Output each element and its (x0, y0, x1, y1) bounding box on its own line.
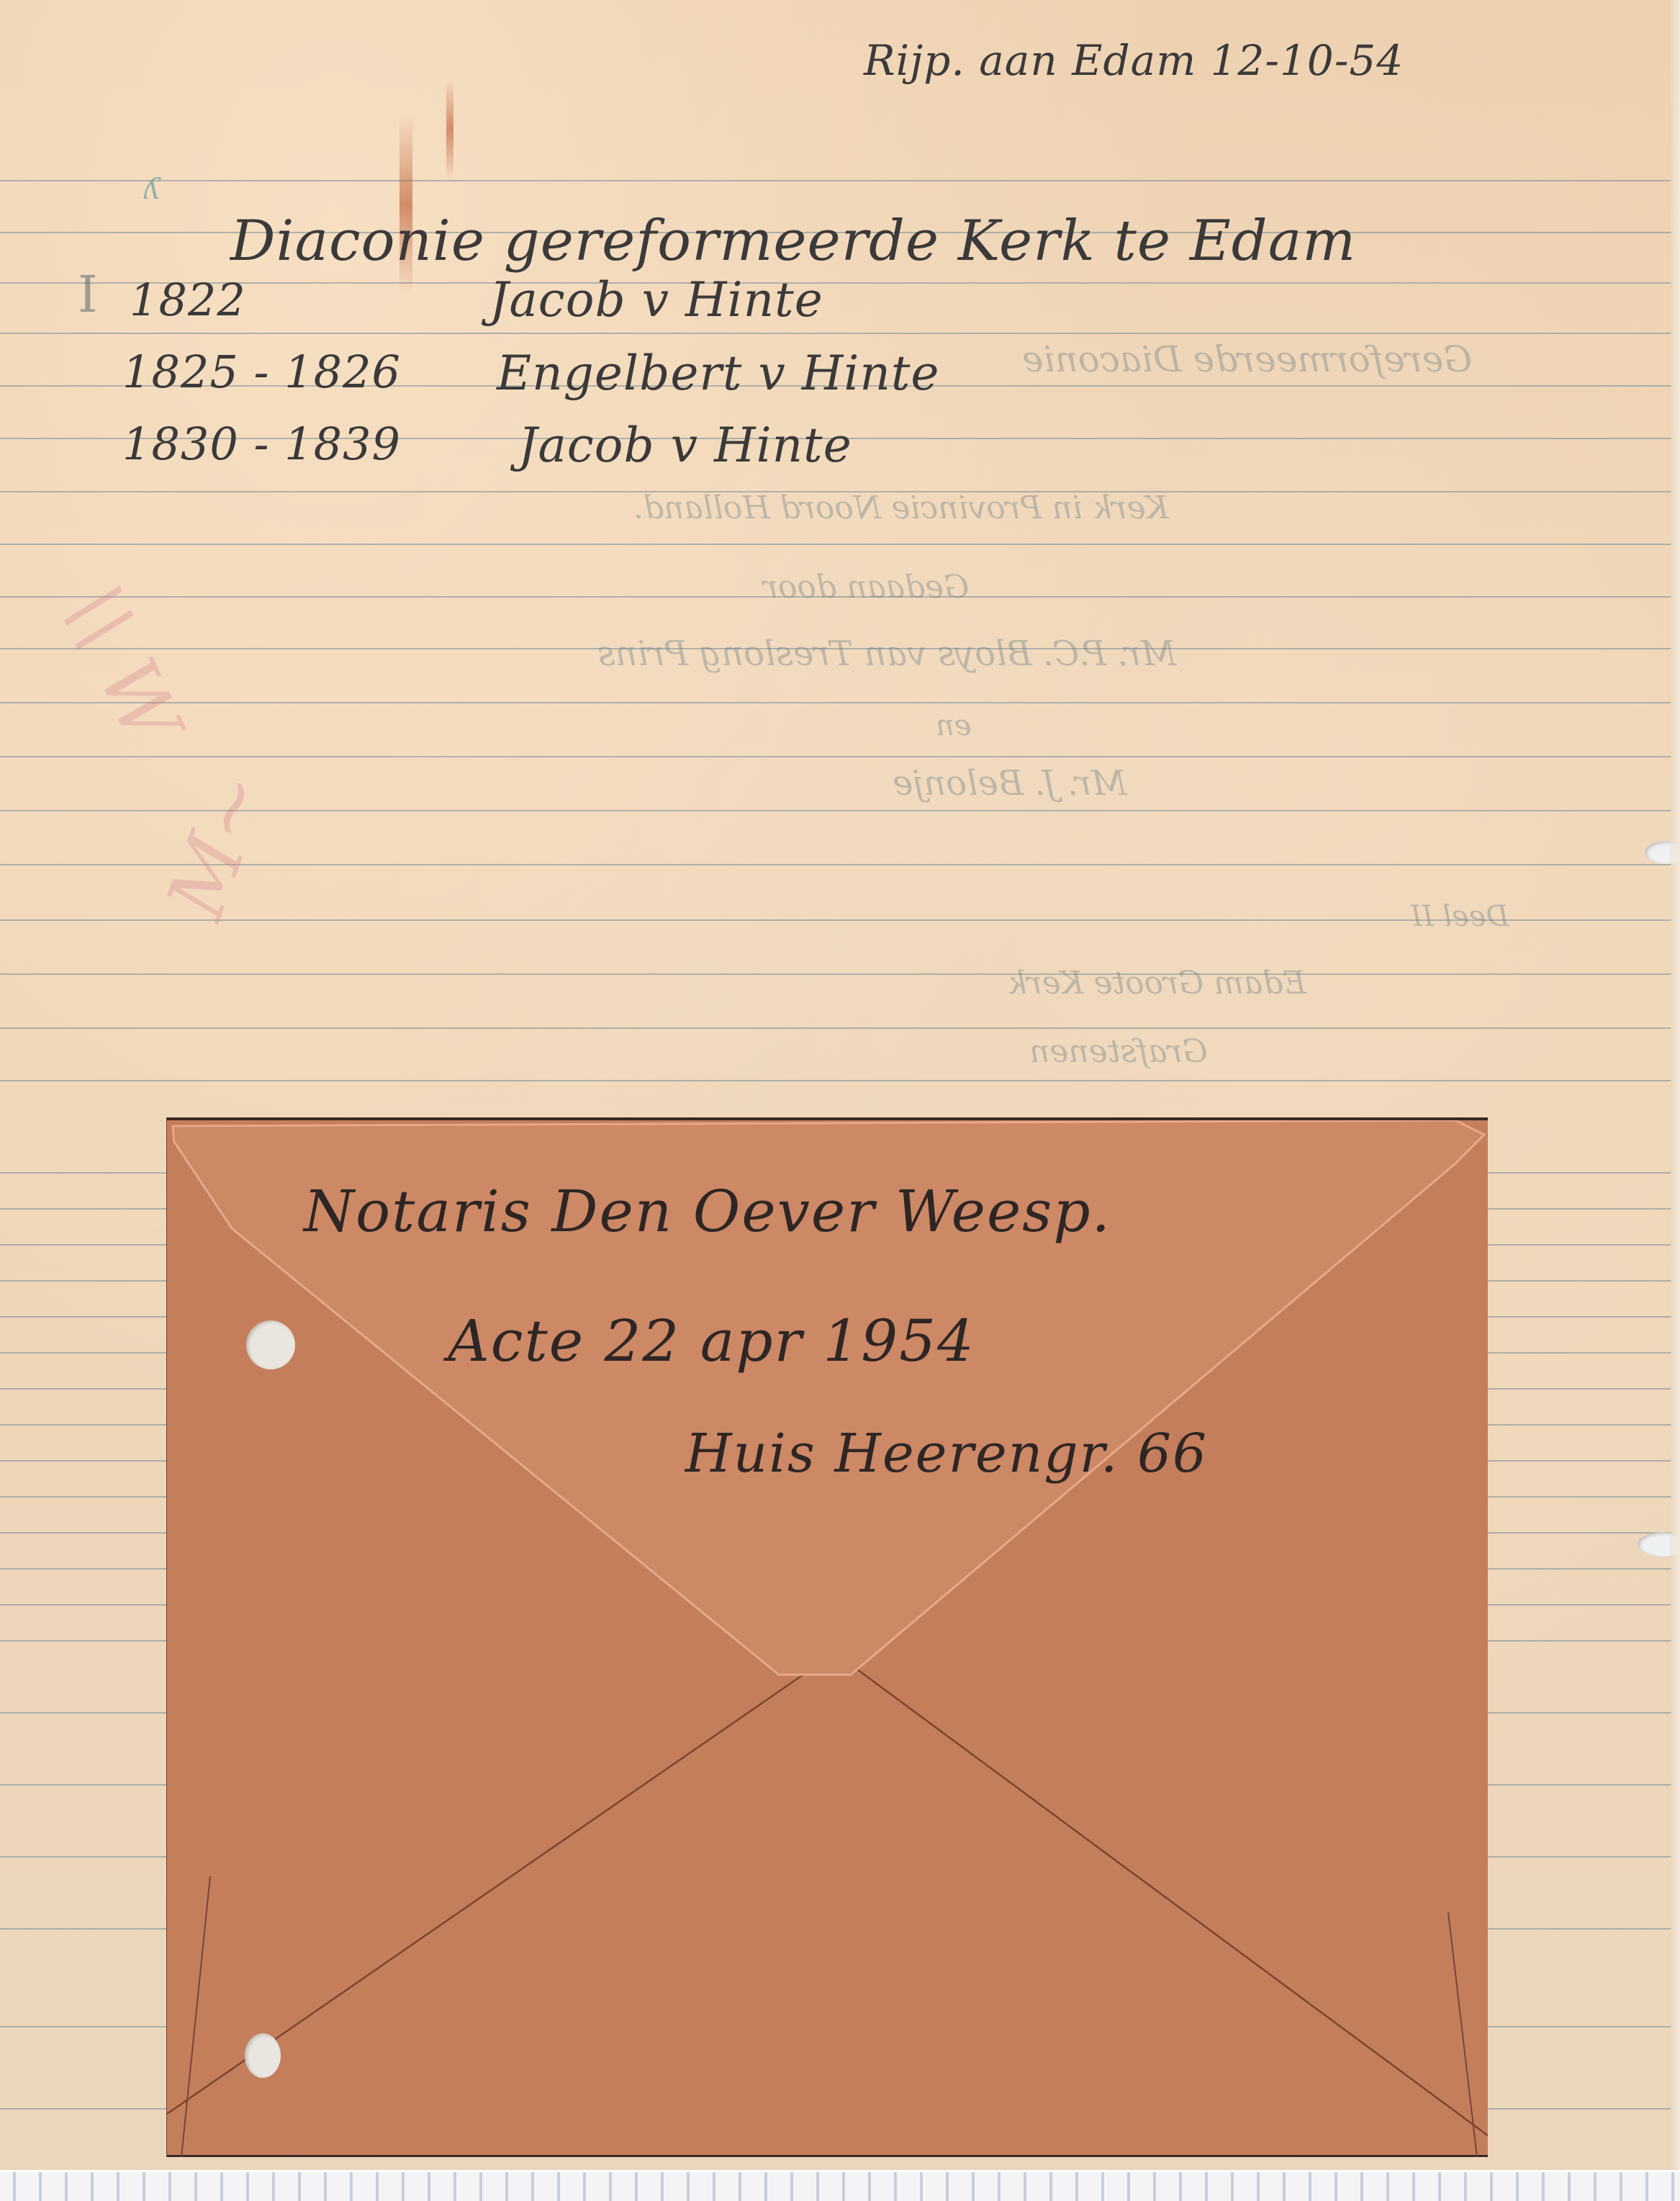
entry-name: Jacob v Hinte (518, 418, 852, 473)
envelope-address: Huis Heerengr. 66 (685, 1423, 1208, 1485)
margin-tick: ʎ (144, 173, 161, 206)
entry-years: 1822 (130, 274, 246, 326)
show-through-text: Mr. J. Belonje (893, 763, 1127, 804)
envelope-notary-line: Notaris Den Oever Weesp. (304, 1178, 1111, 1245)
header-place-date: Rijp. aan Edam 12-10-54 (864, 36, 1404, 85)
ruled-line (0, 180, 1671, 181)
pink-pencil-mark: M~ (149, 760, 286, 930)
envelope-deed-date: Acte 22 apr 1954 (448, 1307, 975, 1374)
punch-hole (245, 2033, 281, 2078)
ruled-line (0, 544, 1671, 545)
show-through-text: Grafstenen (1029, 1033, 1208, 1070)
show-through-text: Gereformeerde Diaconie (1022, 338, 1472, 380)
ruled-line (0, 973, 1671, 975)
show-through-text: Kerk in Provincie Noord Holland. (633, 490, 1168, 526)
ruled-line (0, 1027, 1671, 1029)
ruled-line (0, 702, 1671, 703)
entry-name: Engelbert v Hinte (497, 346, 939, 401)
show-through-text: en (936, 709, 971, 742)
document-title: Diaconie gereformeerde Kerk te Edam (230, 209, 1356, 274)
envelope: Notaris Den Oever Weesp. Acte 22 apr 195… (167, 1117, 1488, 2157)
entry-years: 1830 - 1839 (122, 418, 401, 470)
ruled-line (0, 282, 1671, 284)
scanner-strip (0, 2170, 1680, 2201)
show-through-text: Mr. P.C. Bloys van Treslong Prins (597, 634, 1176, 674)
envelope-flaps-icon (167, 1120, 1488, 2157)
pink-pencil-mark: \\ W (48, 573, 199, 757)
margin-mark: I (78, 265, 99, 324)
show-through-text: Deel II (1411, 900, 1509, 933)
punch-hole (246, 1320, 295, 1369)
ruled-line (0, 756, 1671, 757)
page-edge (1670, 0, 1680, 2174)
ruled-line (0, 333, 1671, 334)
show-through-text: Edam Groote Kerk (1008, 965, 1306, 1002)
entry-name: Jacob v Hinte (489, 272, 823, 328)
entry-years: 1825 - 1826 (122, 346, 401, 398)
ruled-line (0, 1080, 1671, 1081)
rust-stain (446, 79, 453, 180)
show-through-text: Gedaan door (763, 569, 969, 606)
